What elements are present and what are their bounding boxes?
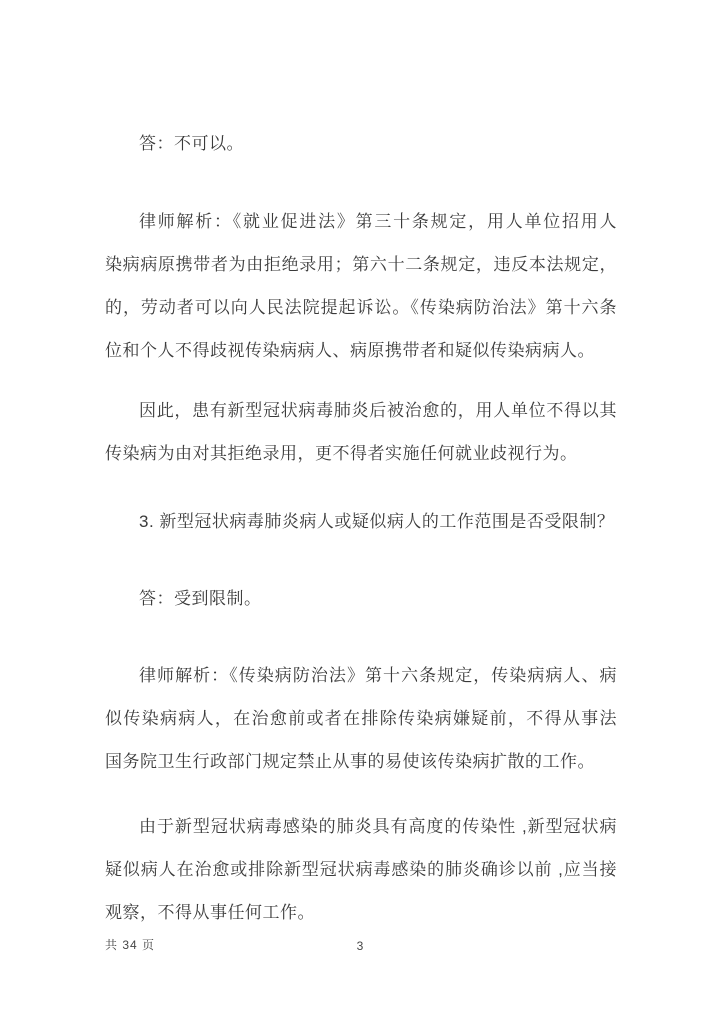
text-line: 因此，患有新型冠状病毒肺炎后被治愈的，用人单位不得以其曾经患有上述 (105, 389, 617, 432)
text-line: 的，劳动者可以向人民法院提起诉讼。《传染病防治法》第十六条规定，任何单 (105, 286, 617, 329)
paragraph-lawyer-analysis-2: 律师解析：《传染病防治法》第十六条规定，传染病病人、病原携带者和疑 似传染病病人… (105, 654, 617, 783)
paragraph-conclusion-2: 由于新型冠状病毒感染的肺炎具有高度的传染性 ,新型冠状病毒肺炎病人及 疑似病人在… (105, 805, 617, 934)
text-line: 由于新型冠状病毒感染的肺炎具有高度的传染性 ,新型冠状病毒肺炎病人及 (105, 805, 617, 848)
text-line: 律师解析：《传染病防治法》第十六条规定，传染病病人、病原携带者和疑 (105, 654, 617, 697)
paragraph-answer-2: 答：受到限制。 (105, 577, 617, 620)
page-footer: 共 34 页 3 (0, 936, 720, 956)
text-line: 3. 新型冠状病毒肺炎病人或疑似病人的工作范围是否受限制？ (105, 500, 617, 543)
text-line: 律师解析：《就业促进法》第三十条规定，用人单位招用人员，不得以是传 (105, 200, 617, 243)
paragraph-lawyer-analysis-1: 律师解析：《就业促进法》第三十条规定，用人单位招用人员，不得以是传 染病病原携带… (105, 200, 617, 372)
text-line: 答：受到限制。 (105, 577, 617, 620)
document-page: 答：不可以。 律师解析：《就业促进法》第三十条规定，用人单位招用人员，不得以是传… (0, 0, 720, 1020)
paragraph-question-3: 3. 新型冠状病毒肺炎病人或疑似病人的工作范围是否受限制？ (105, 500, 617, 543)
text-line: 观察，不得从事任何工作。 (105, 891, 617, 934)
text-line: 答：不可以。 (105, 122, 617, 165)
text-line: 疑似病人在治愈或排除新型冠状病毒感染的肺炎确诊以前 ,应当接受隔离治疗或 (105, 848, 617, 891)
page-number: 3 (0, 937, 720, 955)
text-line: 传染病为由对其拒绝录用，更不得者实施任何就业歧视行为。 (105, 432, 617, 475)
text-line: 似传染病病人，在治愈前或者在排除传染病嫌疑前，不得从事法律、行政法规和 (105, 697, 617, 740)
paragraph-conclusion-1: 因此，患有新型冠状病毒肺炎后被治愈的，用人单位不得以其曾经患有上述 传染病为由对… (105, 389, 617, 475)
text-line: 位和个人不得歧视传染病病人、病原携带者和疑似传染病病人。 (105, 329, 617, 372)
text-line: 国务院卫生行政部门规定禁止从事的易使该传染病扩散的工作。 (105, 740, 617, 783)
paragraph-answer-1: 答：不可以。 (105, 122, 617, 165)
text-line: 染病病原携带者为由拒绝录用；第六十二条规定，违反本法规定，实施就业歧视 (105, 243, 617, 286)
